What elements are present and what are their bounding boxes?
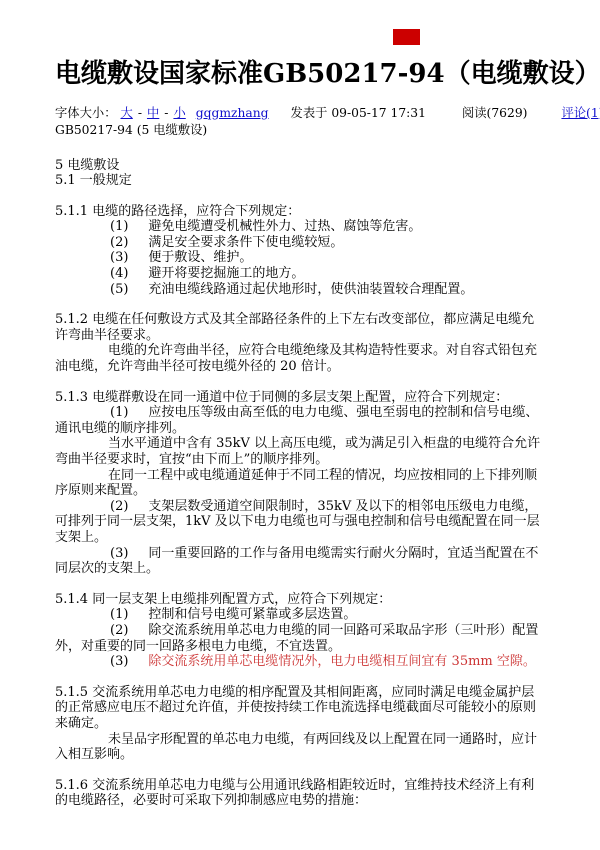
paragraph: 电缆的允许弯曲半径，应符合电缆绝缘及其构造特性要求。对自容式铅包充油电缆，允许弯… bbox=[55, 343, 545, 374]
paragraph: 在同一工程中或电缆通道延伸于不同工程的情况，均应按相同的上下排列顺序原则来配置。 bbox=[55, 468, 545, 499]
item-text: 避开将要挖掘施工的地方。 bbox=[148, 266, 304, 281]
paragraph: (3)同一重要回路的工作与备用电缆需实行耐火分隔时，宜适当配置在不同层次的支架上… bbox=[55, 546, 545, 577]
font-size-large-link[interactable]: 大 bbox=[121, 106, 133, 121]
item-number: (3) bbox=[110, 654, 148, 669]
item-text: 满足安全要求条件下使电缆较短。 bbox=[148, 235, 343, 250]
page-title: 电缆敷设国家标准GB50217-94（电缆敷设） bbox=[55, 58, 545, 91]
article-page: 电缆敷设国家标准GB50217-94（电缆敷设） 字体大小： 大 - 中 - 小… bbox=[0, 58, 600, 809]
published-time: 发表于 09-05-17 17:31 bbox=[291, 106, 426, 121]
item-number: (1) bbox=[110, 405, 148, 420]
paragraph: 5.1 一般规定 bbox=[55, 173, 545, 189]
paragraph: 当水平通道中含有 35kV 以上高压电缆，或为满足引入柜盘的电缆符合允许弯曲半径… bbox=[55, 436, 545, 467]
item-number: (4) bbox=[110, 266, 148, 281]
paragraph-gap bbox=[55, 763, 545, 778]
item-number: (2) bbox=[110, 499, 148, 514]
paragraph: 5.1.1 电缆的路径选择，应符合下列规定： bbox=[55, 204, 545, 220]
item-number: (3) bbox=[110, 250, 148, 265]
paragraph: 5 电缆敷设 bbox=[55, 158, 545, 174]
paragraph-gap bbox=[55, 375, 545, 390]
separator-dash: - bbox=[164, 106, 168, 121]
item-number: (3) bbox=[110, 546, 148, 561]
comments-link[interactable]: 评论(1) bbox=[561, 106, 600, 121]
read-count: 阅读(7629) bbox=[462, 106, 527, 121]
paragraph: 5.1.2 电缆在任何敷设方式及其全部路径条件的上下左右改变部位，都应满足电缆允… bbox=[55, 312, 545, 343]
red-badge bbox=[393, 29, 420, 45]
paragraph: (2)支架层数受通道空间限制时，35kV 及以下的相邻电压级电力电缆，可排列于同… bbox=[55, 499, 545, 546]
paragraph: (4)避开将要挖掘施工的地方。 bbox=[55, 266, 545, 282]
article-meta: 字体大小： 大 - 中 - 小 gqgmzhang 发表于 09-05-17 1… bbox=[55, 106, 545, 121]
separator-dash: - bbox=[138, 106, 142, 121]
paragraph: (5)充油电缆线路通过起伏地形时，使供油装置较合理配置。 bbox=[55, 282, 545, 298]
paragraph: (3)除交流系统用单芯电缆情况外，电力电缆相互间宜有 35mm 空隙。 bbox=[55, 654, 545, 670]
item-number: (5) bbox=[110, 282, 148, 297]
paragraph: (1)应按电压等级由高至低的电力电缆、强电至弱电的控制和信号电缆、通讯电缆的顺序… bbox=[55, 405, 545, 436]
font-size-medium-link[interactable]: 中 bbox=[147, 106, 159, 121]
paragraph-gap bbox=[55, 297, 545, 312]
paragraph-gap bbox=[55, 577, 545, 592]
item-number: (1) bbox=[110, 607, 148, 622]
item-number: (1) bbox=[110, 219, 148, 234]
font-size-label: 字体大小： bbox=[55, 106, 117, 121]
article-body: 5 电缆敷设5.1 一般规定5.1.1 电缆的路径选择，应符合下列规定：(1)避… bbox=[55, 158, 545, 809]
paragraph: (2)除交流系统用单芯电力电缆的同一回路可采取品字形（三叶形）配置外，对重要的同… bbox=[55, 623, 545, 654]
item-number: (2) bbox=[110, 235, 148, 250]
paragraph: 未呈品字形配置的单芯电力电缆，有两回线及以上配置在同一通路时，应计入相互影响。 bbox=[55, 732, 545, 763]
paragraph: 5.1.3 电缆群敷设在同一通道中位于同侧的多层支架上配置，应符合下列规定： bbox=[55, 390, 545, 406]
item-text: 充油电缆线路通过起伏地形时，使供油装置较合理配置。 bbox=[148, 282, 473, 297]
item-text: 除交流系统用单芯电缆情况外，电力电缆相互间宜有 35mm 空隙。 bbox=[148, 654, 535, 669]
font-size-small-link[interactable]: 小 bbox=[173, 106, 185, 121]
item-text: 便于敷设、维护。 bbox=[148, 250, 252, 265]
paragraph: (1)避免电缆遭受机械性外力、过热、腐蚀等危害。 bbox=[55, 219, 545, 235]
article-subtitle: GB50217-94 (5 电缆敷设) bbox=[55, 123, 545, 138]
paragraph: 5.1.5 交流系统用单芯电力电缆的相序配置及其相间距离，应同时满足电缆金属护层… bbox=[55, 685, 545, 732]
author-link[interactable]: gqgmzhang bbox=[196, 106, 269, 121]
paragraph: (1)控制和信号电缆可紧靠或多层迭置。 bbox=[55, 607, 545, 623]
paragraph: 5.1.6 交流系统用单芯电力电缆与公用通讯线路相距较近时，宜维持技术经济上有利… bbox=[55, 778, 545, 809]
paragraph: (3)便于敷设、维护。 bbox=[55, 250, 545, 266]
paragraph-gap bbox=[55, 189, 545, 204]
item-text: 避免电缆遭受机械性外力、过热、腐蚀等危害。 bbox=[148, 219, 421, 234]
paragraph: 5.1.4 同一层支架上电缆排列配置方式，应符合下列规定： bbox=[55, 592, 545, 608]
item-text: 控制和信号电缆可紧靠或多层迭置。 bbox=[148, 607, 356, 622]
item-number: (2) bbox=[110, 623, 148, 638]
paragraph: (2)满足安全要求条件下使电缆较短。 bbox=[55, 235, 545, 251]
paragraph-gap bbox=[55, 670, 545, 685]
